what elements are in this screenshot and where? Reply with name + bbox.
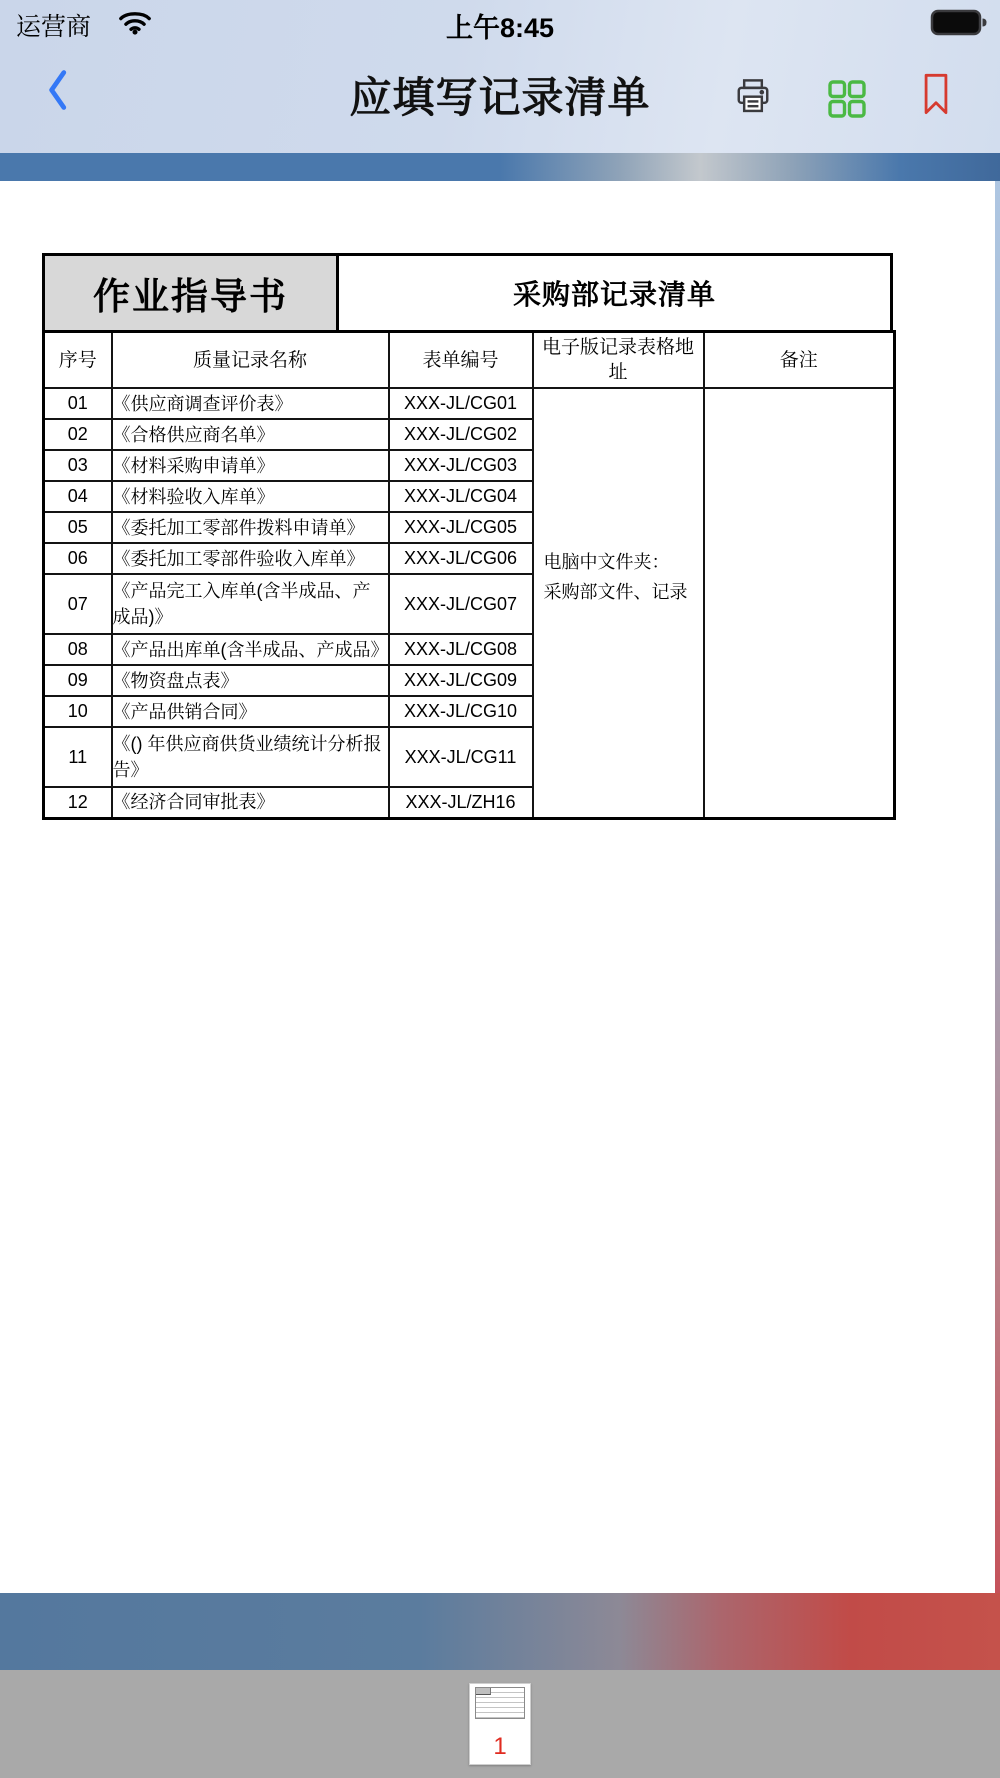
- thumbnails-grid-button[interactable]: [828, 80, 866, 118]
- nav-bar: 应填写记录清单: [0, 44, 1000, 153]
- battery-icon: [930, 9, 988, 41]
- record-list-table: 作业指导书 采购部记录清单 序号 质量记录名称 表单编号 电子版记录表格地址 备…: [42, 253, 893, 820]
- print-button[interactable]: [734, 78, 772, 114]
- column-header-row: 序号 质量记录名称 表单编号 电子版记录表格地址 备注: [44, 332, 895, 389]
- remark-merged-cell: [704, 388, 895, 818]
- col-header-address: 电子版记录表格地址: [533, 332, 704, 389]
- doc-title-cell: 采购部记录清单: [339, 256, 890, 330]
- page-right-edge-strip: [995, 181, 1000, 1593]
- col-header-remark: 备注: [704, 332, 895, 389]
- address-note: 电脑中文件夹： 采购部文件、记录: [534, 389, 703, 607]
- top-gradient-strip: [0, 153, 1000, 181]
- status-bar: 运营商 上午8:45: [0, 0, 1000, 44]
- col-header-code: 表单编号: [389, 332, 533, 389]
- page-thumbnail-table: [475, 1687, 525, 1719]
- bottom-gradient-strip: [0, 1593, 1000, 1670]
- bookmark-icon: [922, 104, 950, 119]
- pager-bar: 1: [0, 1670, 1000, 1778]
- page-thumbnail[interactable]: 1: [469, 1683, 531, 1765]
- address-merged-cell: 电脑中文件夹： 采购部文件、记录: [533, 388, 704, 818]
- col-header-no: 序号: [44, 332, 112, 389]
- col-header-name: 质量记录名称: [112, 332, 389, 389]
- top-bars: 运营商 上午8:45 应填写记录清单: [0, 0, 1000, 153]
- document-page: 作业指导书 采购部记录清单 序号 质量记录名称 表单编号 电子版记录表格地址 备…: [0, 181, 1000, 1593]
- table-row: 01 《供应商调查评价表》 XXX-JL/CG01 电脑中文件夹： 采购部文件、…: [44, 388, 895, 419]
- page-number: 1: [470, 1733, 530, 1761]
- bookmark-button[interactable]: [922, 72, 950, 116]
- printer-icon: [734, 102, 772, 117]
- clock: 上午8:45: [0, 6, 1000, 45]
- table-title-row: 作业指导书 采购部记录清单: [42, 253, 893, 330]
- doc-type-cell: 作业指导书: [45, 256, 339, 330]
- grid-icon: [828, 106, 866, 121]
